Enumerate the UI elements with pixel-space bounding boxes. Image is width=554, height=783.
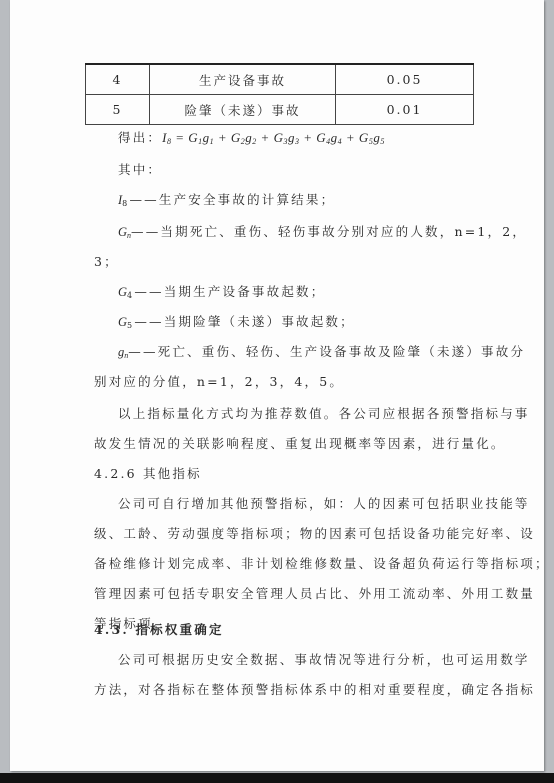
table-cell-index: 5	[86, 95, 150, 125]
section-43-heading-text: 4.3. 指标权重确定	[94, 620, 224, 638]
definition-gn-lower: gn——死亡、重伤、轻伤、生产设备事故及险肇（未遂）事故分	[118, 342, 525, 360]
definition-i8: I8——生产安全事故的计算结果；	[118, 190, 335, 208]
formula-expression: I8 = G1g1 + G2g2 + G3g3 + G4g4 + G5g5	[162, 130, 385, 145]
table-row: 5 险肇（未遂）事故 0.01	[86, 95, 474, 125]
definition-g5: G5——当期险肇（未遂）事故起数；	[118, 312, 355, 330]
paragraph-quant-line-2: 故发生情况的关联影响程度、重复出现概率等因素，进行量化。	[94, 434, 506, 452]
table-row: 4 生产设备事故 0.05	[86, 64, 474, 95]
section-426-heading: 4.2.6 其他指标	[94, 464, 202, 482]
accident-score-table: 4 生产设备事故 0.05 5 险肇（未遂）事故 0.01	[85, 63, 474, 125]
table-cell-index: 4	[86, 64, 150, 95]
definition-g4: G4——当期生产设备事故起数；	[118, 282, 325, 300]
section-43-line-1: 公司可根据历史安全数据、事故情况等进行分析，也可运用数学	[118, 650, 530, 668]
section-426-line-2: 级、工龄、劳动强度等指标项；物的因素可包括设备功能完好率、设	[94, 524, 535, 542]
paragraph-quant-line-1: 以上指标量化方式均为推荐数值。各公司应根据各预警指标与事	[118, 404, 530, 422]
section-426-line-1: 公司可自行增加其他预警指标，如：人的因素可包括职业技能等	[118, 494, 530, 512]
definition-gn-lower-continuation: 别对应的分值，n=1，2，3，4，5。	[94, 372, 344, 390]
formula-line: 得出：I8 = G1g1 + G2g2 + G3g3 + G4g4 + G5g5	[118, 128, 385, 146]
window-bottom-bar	[0, 773, 554, 783]
table-cell-name: 险肇（未遂）事故	[150, 95, 336, 125]
table-cell-name: 生产设备事故	[150, 64, 336, 95]
definition-gn-upper-continuation: 3；	[94, 252, 119, 270]
definition-gn-upper: Gn——当期死亡、重伤、轻伤事故分别对应的人数，n=1，2，	[118, 222, 527, 240]
formula-prefix: 得出：	[118, 130, 162, 145]
section-43-line-2: 方法，对各指标在整体预警指标体系中的相对重要程度，确定各指标	[94, 680, 535, 698]
section-426-line-3: 备检维修计划完成率、非计划检维修数量、设备超负荷运行等指标项；	[94, 554, 550, 572]
table-cell-value: 0.01	[336, 95, 474, 125]
section-426-line-4: 管理因素可包括专职安全管理人员占比、外用工流动率、外用工数量	[94, 584, 535, 602]
document-page: 4 生产设备事故 0.05 5 险肇（未遂）事故 0.01 得出：I8 = G1…	[10, 0, 544, 771]
table-cell-value: 0.05	[336, 64, 474, 95]
where-label: 其中：	[118, 160, 162, 178]
